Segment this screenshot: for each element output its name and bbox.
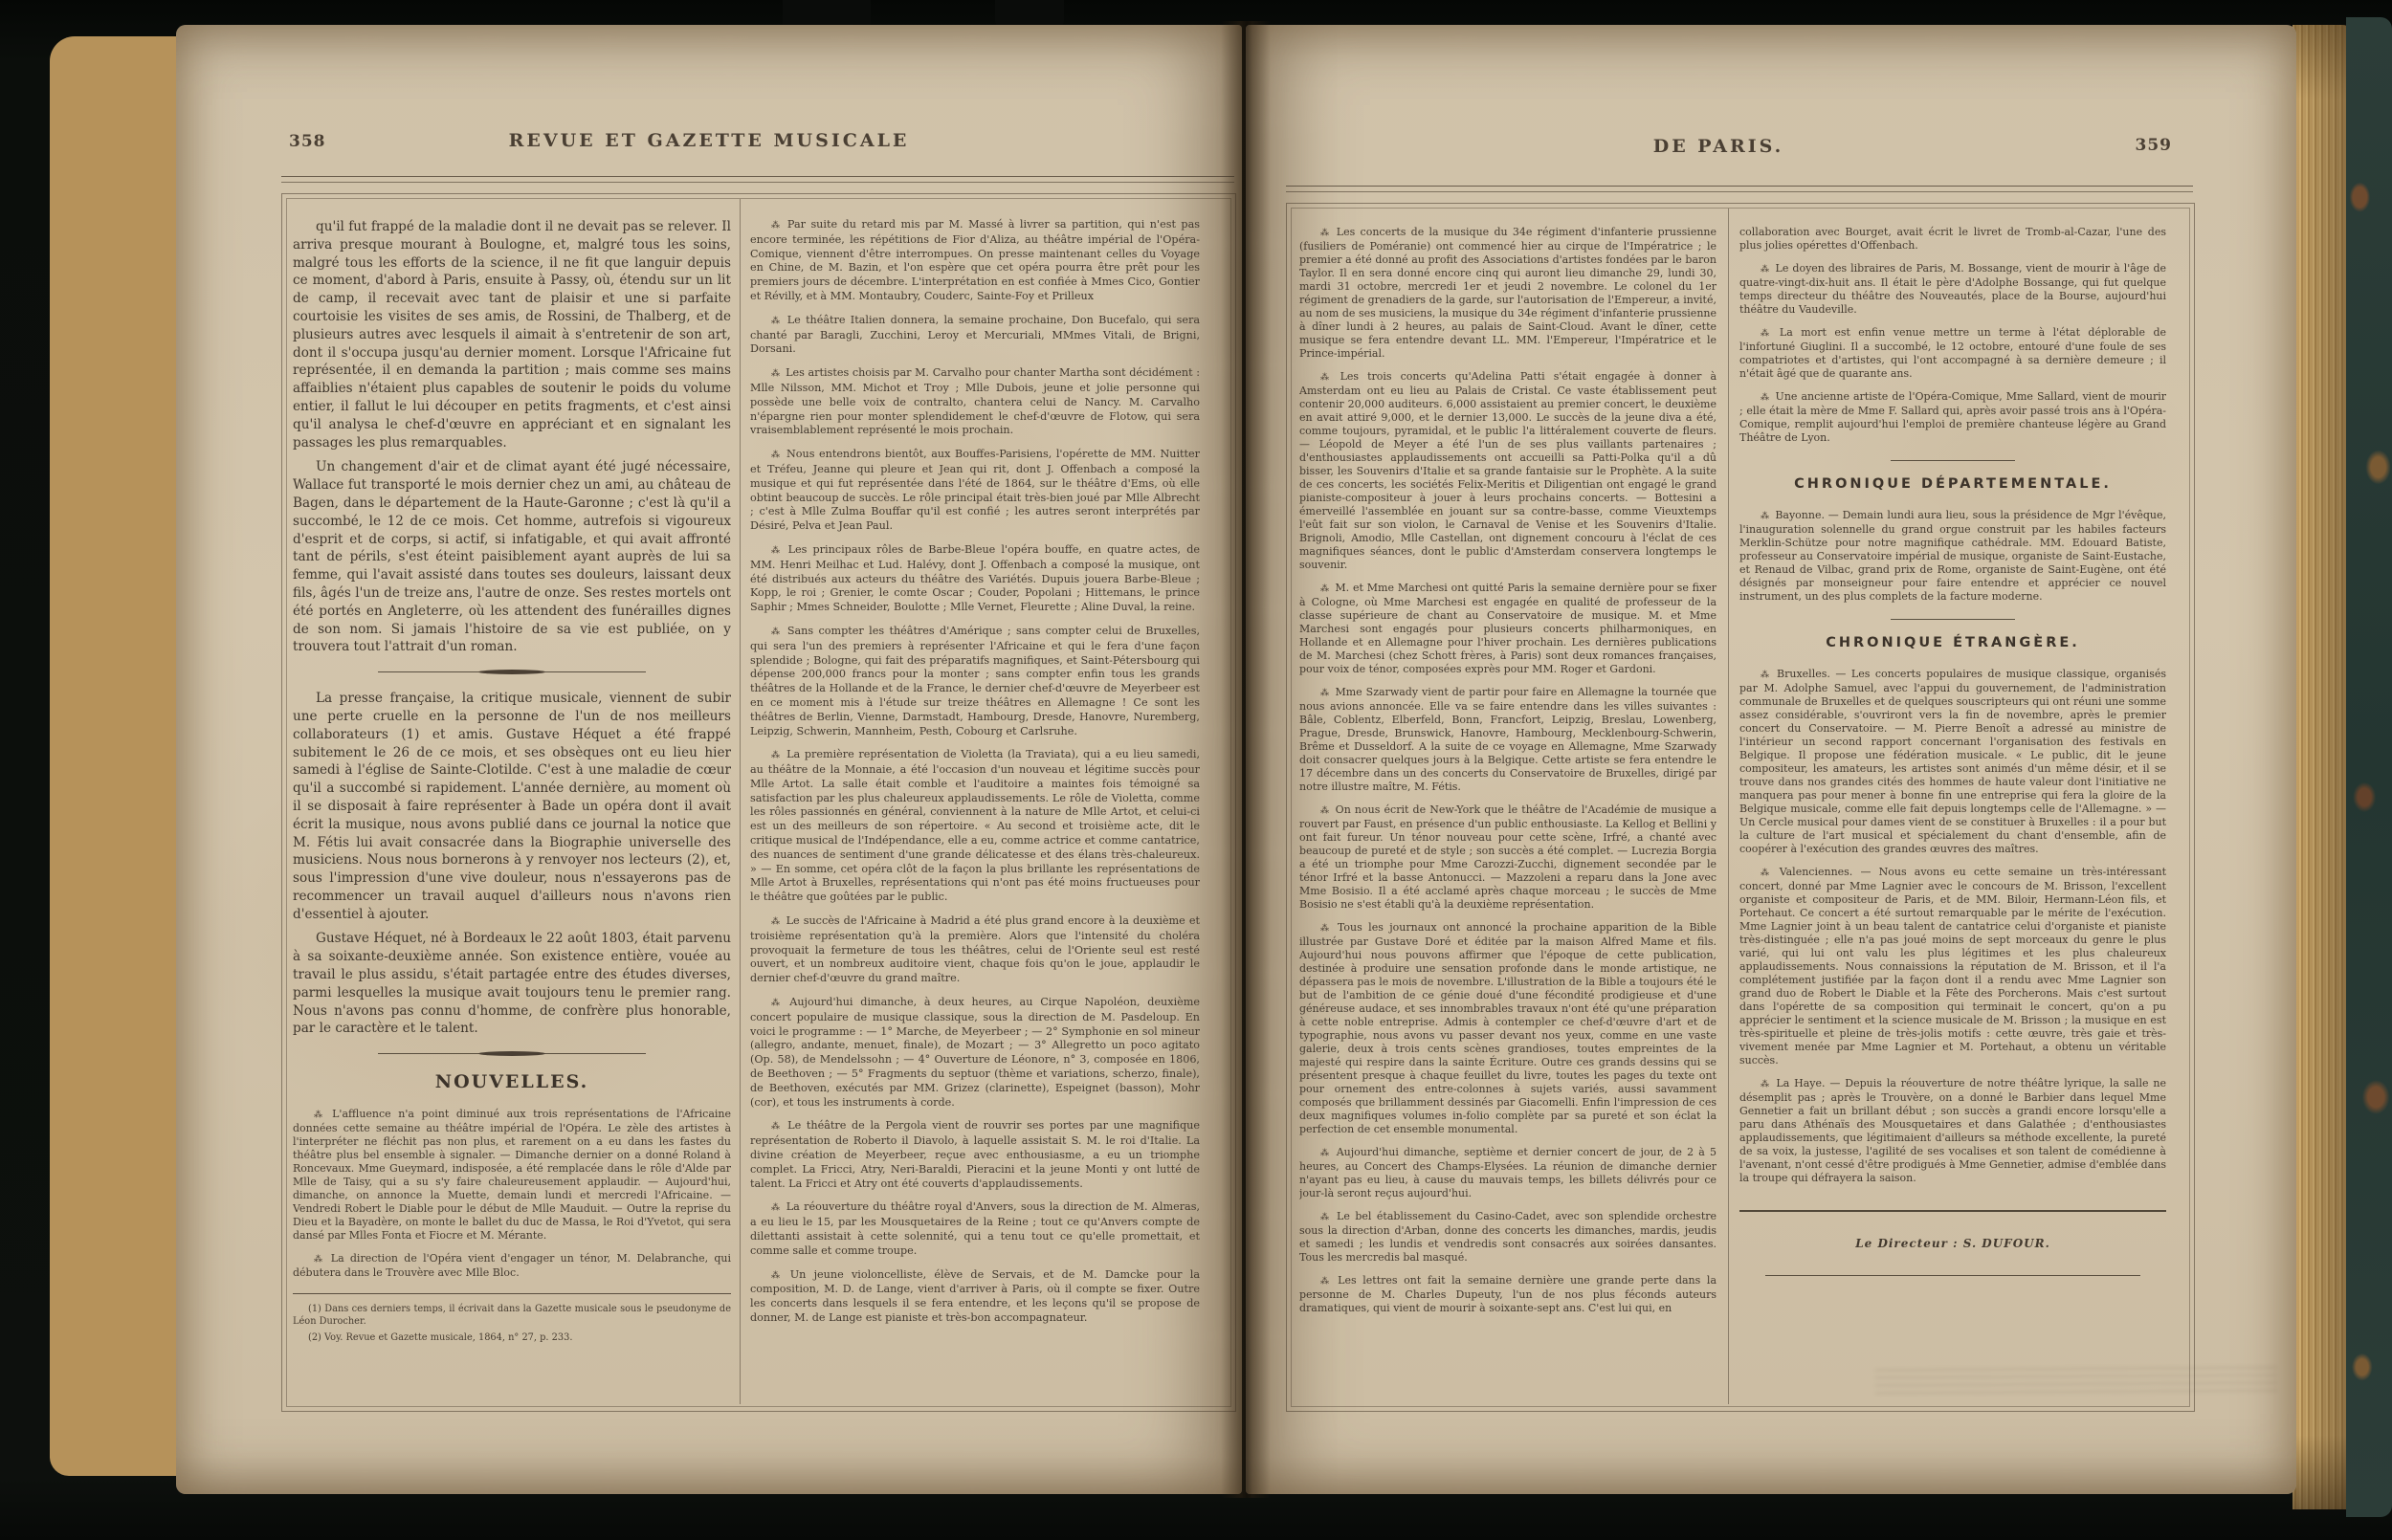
news-items: ⁂Les concerts de la musique du 34e régim… <box>1299 226 1716 1315</box>
asterism-icon: ⁂ <box>1761 265 1776 275</box>
news-item: ⁂Aujourd'hui dimanche, à deux heures, au… <box>750 996 1200 1110</box>
asterism-icon: ⁂ <box>1761 512 1775 521</box>
news-item: ⁂Le théâtre Italien donnera, la semaine … <box>750 314 1200 357</box>
article-paragraph: Gustave Héquet, né à Bordeaux le 22 août… <box>293 930 731 1038</box>
asterism-icon: ⁂ <box>1761 329 1780 339</box>
chronique-departementale-items: ⁂Bayonne. — Demain lundi aura lieu, sous… <box>1739 509 2166 604</box>
book-gutter-shadow <box>1221 21 1271 1498</box>
director-signature: Le Directeur : S. DUFOUR. <box>1739 1237 2166 1250</box>
running-head-left: REVUE ET GAZETTE MUSICALE <box>176 130 1242 151</box>
asterism-icon: ⁂ <box>1761 393 1776 403</box>
asterism-icon: ⁂ <box>771 369 786 379</box>
news-item: ⁂M. et Mme Marchesi ont quitté Paris la … <box>1299 582 1716 676</box>
news-item: ⁂Les trois concerts qu'Adelina Patti s'é… <box>1299 370 1716 572</box>
chronique-item: ⁂La Haye. — Depuis la réouverture de not… <box>1739 1077 2166 1185</box>
asterism-icon: ⁂ <box>771 317 787 326</box>
news-item: ⁂Par suite du retard mis par M. Massé à … <box>750 218 1200 304</box>
section-divider <box>1891 460 2015 461</box>
signature-rule <box>1765 1275 2140 1276</box>
column-divider-left <box>740 199 741 1404</box>
news-item: ⁂Le succès de l'Africaine à Madrid a été… <box>750 914 1200 986</box>
news-item: ⁂L'affluence n'a point diminué aux trois… <box>293 1108 731 1243</box>
article-paragraph: La presse française, la critique musical… <box>293 690 731 923</box>
news-item: ⁂La réouverture du théâtre royal d'Anver… <box>750 1200 1200 1258</box>
news-item: ⁂Les artistes choisis par M. Carvalho po… <box>750 366 1200 438</box>
book-fore-edge-left <box>50 36 182 1476</box>
header-rule <box>1286 186 2193 192</box>
left-column-1: qu'il fut frappé de la maladie dont il n… <box>293 218 731 1399</box>
page-right: DE PARIS. 359 ⁂Les concerts de la musiqu… <box>1246 25 2296 1494</box>
asterism-icon: ⁂ <box>771 451 786 460</box>
asterism-icon: ⁂ <box>771 999 789 1008</box>
section-title-nouvelles: NOUVELLES. <box>293 1071 731 1092</box>
news-item: ⁂Tous les journaux ont annoncé la procha… <box>1299 921 1716 1136</box>
news-item: ⁂Aujourd'hui dimanche, septième et derni… <box>1299 1146 1716 1200</box>
footnotes: (1) Dans ces derniers temps, il écrivait… <box>293 1293 731 1345</box>
director-signature-block: Le Directeur : S. DUFOUR. <box>1739 1210 2166 1276</box>
divider-ornament <box>378 670 646 674</box>
right-column-2: collaboration avec Bourget, avait écrit … <box>1739 226 2166 1397</box>
asterism-icon: ⁂ <box>1320 373 1340 383</box>
news-item: ⁂La direction de l'Opéra vient d'engager… <box>293 1252 731 1280</box>
nouvelles-items: ⁂L'affluence n'a point diminué aux trois… <box>293 1108 731 1280</box>
asterism-icon: ⁂ <box>314 1111 332 1120</box>
news-item: ⁂On nous écrit de New-York que le théâtr… <box>1299 803 1716 912</box>
news-item: ⁂Nous entendrons bientôt, aux Bouffes-Pa… <box>750 448 1200 534</box>
news-item: ⁂Mme Szarwady vient de partir pour faire… <box>1299 686 1716 794</box>
news-item: ⁂La première représentation de Violetta … <box>750 748 1200 905</box>
asterism-icon: ⁂ <box>771 751 786 760</box>
news-item: ⁂Un jeune violoncelliste, élève de Serva… <box>750 1268 1200 1326</box>
page-left: 358 REVUE ET GAZETTE MUSICALE qu'il fut … <box>176 25 1242 1494</box>
asterism-icon: ⁂ <box>1320 1213 1337 1222</box>
running-head-right: DE PARIS. <box>1246 136 2191 157</box>
footnote: (1) Dans ces derniers temps, il écrivait… <box>293 1304 731 1328</box>
asterism-icon: ⁂ <box>1761 1080 1776 1089</box>
obituary-hequet: La presse française, la critique musical… <box>293 690 731 1038</box>
book-marbled-cover <box>2346 17 2392 1517</box>
asterism-icon: ⁂ <box>314 1255 331 1265</box>
section-title-chronique-etrangere: CHRONIQUE ÉTRANGÈRE. <box>1739 635 2166 650</box>
news-item: ⁂Le bel établissement du Casino-Cadet, a… <box>1299 1210 1716 1265</box>
asterism-icon: ⁂ <box>771 1122 787 1132</box>
asterism-icon: ⁂ <box>1320 1277 1338 1287</box>
article-paragraph: qu'il fut frappé de la maladie dont il n… <box>293 218 731 451</box>
section-divider <box>1891 619 2015 620</box>
asterism-icon: ⁂ <box>771 546 788 556</box>
continuation-paragraph: collaboration avec Bourget, avait écrit … <box>1739 226 2166 253</box>
article-paragraph: Un changement d'air et de climat ayant é… <box>293 458 731 656</box>
asterism-icon: ⁂ <box>771 917 786 927</box>
ink-bleed-through <box>1875 1367 2277 1395</box>
scanned-book-spread: 358 REVUE ET GAZETTE MUSICALE qu'il fut … <box>0 0 2392 1540</box>
asterism-icon: ⁂ <box>1761 671 1777 680</box>
chronique-item: ⁂Bayonne. — Demain lundi aura lieu, sous… <box>1739 509 2166 604</box>
chronique-item: ⁂Bruxelles. — Les concerts populaires de… <box>1739 668 2166 856</box>
asterism-icon: ⁂ <box>1320 1149 1337 1158</box>
news-item: ⁂Les lettres ont fait la semaine dernièr… <box>1299 1274 1716 1315</box>
column-divider-right <box>1728 209 1729 1404</box>
header-rule <box>281 176 1234 183</box>
asterism-icon: ⁂ <box>1320 584 1335 594</box>
asterism-icon: ⁂ <box>1320 806 1336 816</box>
right-column-1: ⁂Les concerts de la musique du 34e régim… <box>1299 226 1716 1397</box>
news-items: ⁂Le doyen des libraires de Paris, M. Bos… <box>1739 262 2166 445</box>
news-item: ⁂La mort est enfin venue mettre un terme… <box>1739 326 2166 381</box>
news-items: ⁂Par suite du retard mis par M. Massé à … <box>750 218 1200 1326</box>
news-item: ⁂Les concerts de la musique du 34e régim… <box>1299 226 1716 361</box>
news-item: ⁂Les principaux rôles de Barbe-Bleue l'o… <box>750 543 1200 615</box>
section-title-chronique-departementale: CHRONIQUE DÉPARTEMENTALE. <box>1739 476 2166 492</box>
news-item: ⁂Le doyen des libraires de Paris, M. Bos… <box>1739 262 2166 317</box>
asterism-icon: ⁂ <box>771 221 787 231</box>
chronique-item: ⁂Valenciennes. — Nous avons eu cette sem… <box>1739 866 2166 1067</box>
news-item: ⁂Le théâtre de la Pergola vient de rouvr… <box>750 1119 1200 1191</box>
footnote: (2) Voy. Revue et Gazette musicale, 1864… <box>293 1332 731 1345</box>
signature-rule <box>1739 1210 2166 1212</box>
asterism-icon: ⁂ <box>1320 229 1337 238</box>
asterism-icon: ⁂ <box>771 1271 790 1281</box>
asterism-icon: ⁂ <box>1761 869 1780 878</box>
news-item: ⁂Sans compter les théâtres d'Amérique ; … <box>750 625 1200 738</box>
page-number-right: 359 <box>2136 136 2173 155</box>
news-item: ⁂Une ancienne artiste de l'Opéra-Comique… <box>1739 390 2166 445</box>
asterism-icon: ⁂ <box>1320 924 1338 934</box>
chronique-etrangere-items: ⁂Bruxelles. — Les concerts populaires de… <box>1739 668 2166 1185</box>
asterism-icon: ⁂ <box>771 1203 786 1213</box>
left-column-2: ⁂Par suite du retard mis par M. Massé à … <box>750 218 1200 1399</box>
divider-ornament <box>378 1051 646 1056</box>
asterism-icon: ⁂ <box>771 627 787 637</box>
obituary-wallace: qu'il fut frappé de la maladie dont il n… <box>293 218 731 656</box>
asterism-icon: ⁂ <box>1320 689 1335 698</box>
